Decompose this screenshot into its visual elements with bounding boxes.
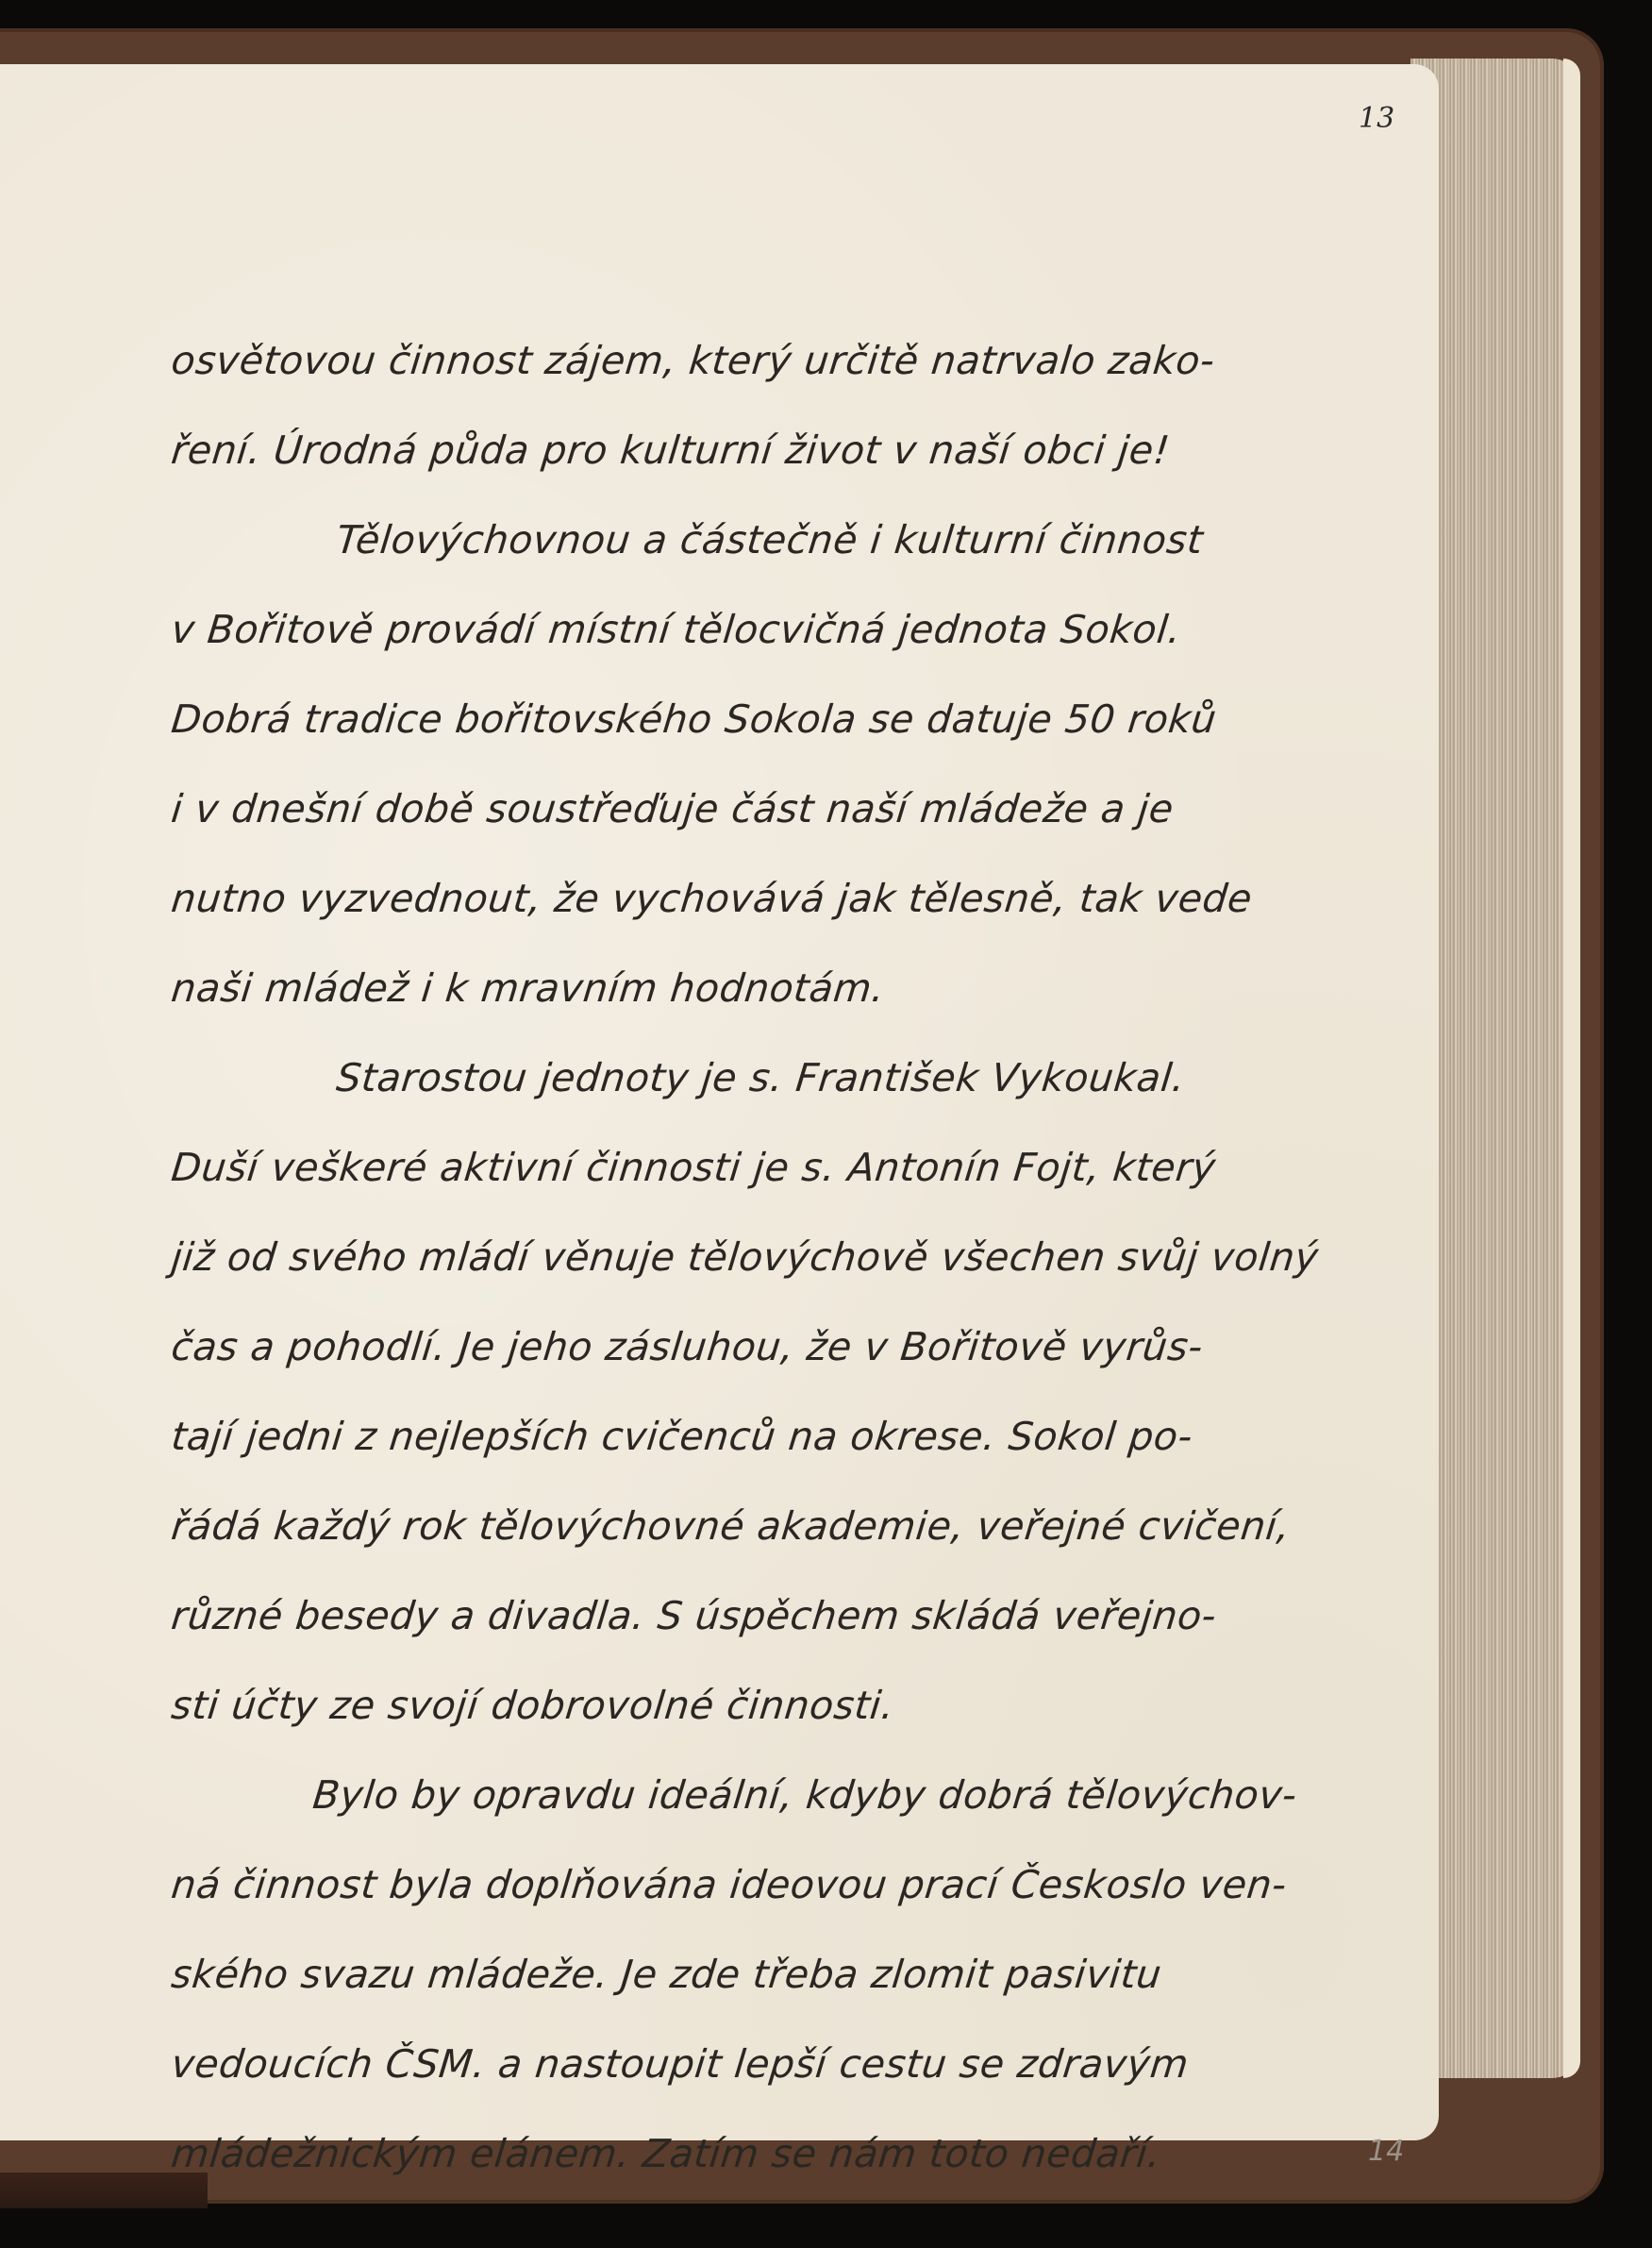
text-line: Tělovýchovnou a částečně i kulturní činn… [165,512,1175,601]
page-number: 13 [1359,102,1394,135]
text-line: řádá každý rok tělovýchovné akademie, ve… [165,1498,1175,1587]
text-line: mládežnickým elánem. Zatím se nám toto n… [165,2125,1175,2215]
text-line: Duší veškeré aktivní činnosti je s. Anto… [165,1139,1175,1229]
text-line: nutno vyzvednout, že vychovává jak těles… [165,870,1175,960]
text-line: ření. Úrodná půda pro kulturní život v n… [165,422,1175,512]
text-line: různé besedy a divadla. S úspěchem sklád… [165,1587,1175,1677]
text-line: sti účty ze svojí dobrovolné činnosti. [165,1677,1175,1767]
text-line: Dobrá tradice bořitovského Sokola se dat… [165,691,1175,780]
text-line: ná činnost byla doplňována ideovou prací… [165,1856,1175,1946]
text-line: Starostou jednoty je s. František Vykouk… [165,1049,1175,1139]
text-line: Bylo by opravdu ideální, kdyby dobrá těl… [165,1767,1175,1856]
text-line: ského svazu mládeže. Je zde třeba zlomit… [165,1946,1175,2036]
handwritten-text: osvětovou činnost zájem, který určitě na… [165,332,1165,2215]
text-line: naši mládež i k mravním hodnotám. [165,960,1175,1049]
text-line: vedoucích ČSM. a nastoupit lepší cestu s… [165,2036,1175,2125]
text-line: v Bořitově provádí místní tělocvičná jed… [165,601,1175,691]
text-line: osvětovou činnost zájem, který určitě na… [165,332,1175,422]
text-line: tají jedni z nejlepších cvičenců na okre… [165,1408,1175,1498]
text-line: již od svého mládí věnuje tělovýchově vš… [165,1229,1175,1318]
text-line: i v dnešní době soustřeďuje část naší ml… [165,780,1175,870]
pencil-page-number: 14 [1368,2135,1404,2168]
text-line: čas a pohodlí. Je jeho zásluhou, že v Bo… [165,1318,1175,1408]
